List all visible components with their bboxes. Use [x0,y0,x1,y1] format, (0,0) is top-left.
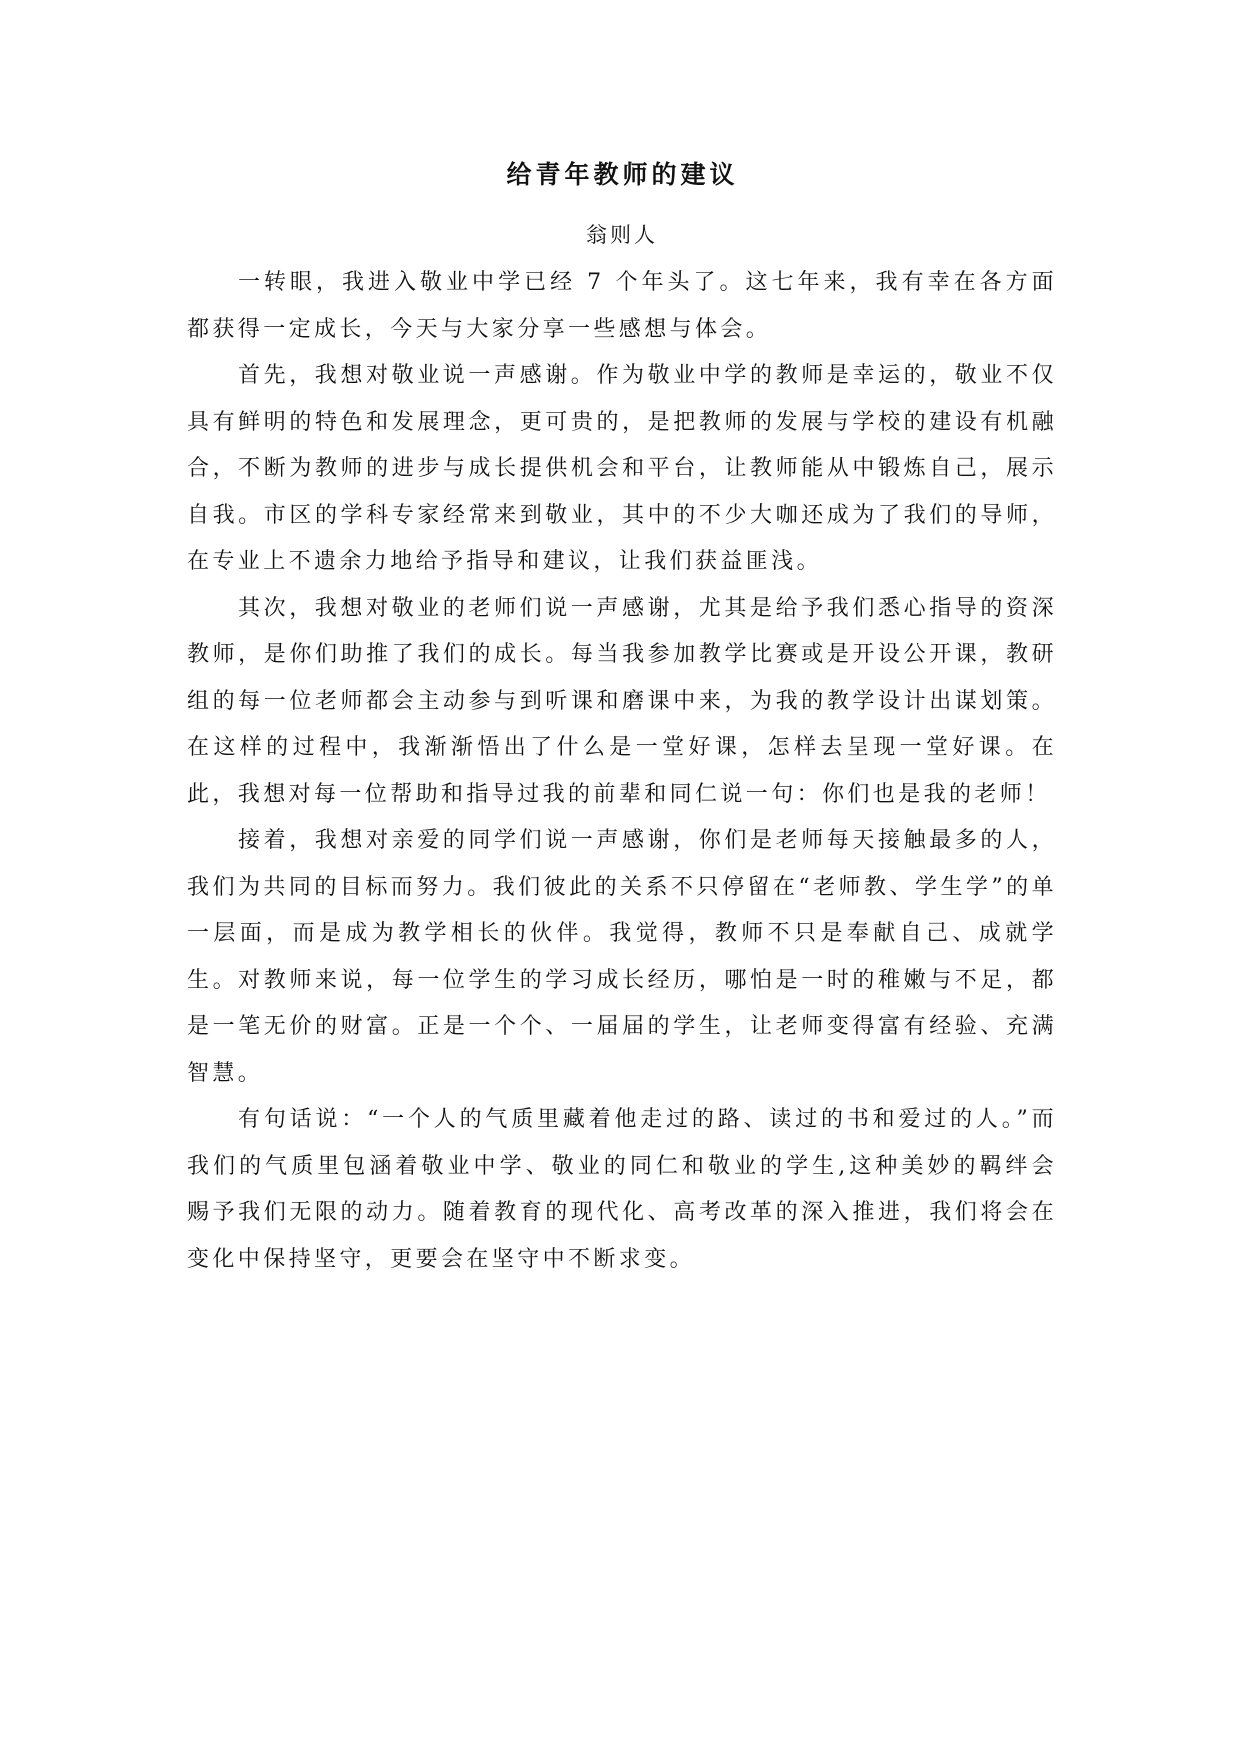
document-page: 给青年教师的建议 翁则人 一转眼，我进入敬业中学已经 7 个年头了。这七年来，我… [0,0,1241,1755]
paragraph-thanks-school: 首先，我想对敬业说一声感谢。作为敬业中学的教师是幸运的，敬业不仅具有鲜明的特色和… [187,353,1057,586]
paragraph-intro: 一转眼，我进入敬业中学已经 7 个年头了。这七年来，我有幸在各方面都获得一定成长… [187,260,1057,353]
paragraph-thanks-teachers: 其次，我想对敬业的老师们说一声感谢，尤其是给予我们悉心指导的资深教师，是你们助推… [187,586,1057,819]
paragraph-conclusion: 有句话说：“一个人的气质里藏着他走过的路、读过的书和爱过的人。”而我们的气质里包… [187,1097,1057,1283]
paragraph-thanks-students: 接着，我想对亲爱的同学们说一声感谢，你们是老师每天接触最多的人，我们为共同的目标… [187,818,1057,1097]
document-body: 一转眼，我进入敬业中学已经 7 个年头了。这七年来，我有幸在各方面都获得一定成长… [187,260,1057,1283]
document-title: 给青年教师的建议 [0,157,1241,193]
document-author: 翁则人 [0,218,1241,252]
